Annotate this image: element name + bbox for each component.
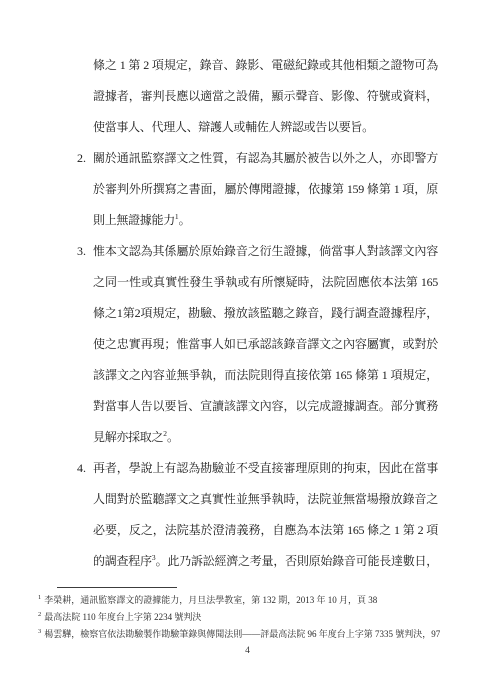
text-line: 使當事人、代理人、辯護人或輔佐人辨認或告以要旨。 (93, 112, 438, 143)
footnote-marker: 1 (38, 594, 41, 601)
text-line: 該譯文之內容並無爭執，而法院則得直接依第 165 條第 1 項規定， (93, 360, 438, 391)
text-line: 則上無證據能力1。 (93, 205, 438, 236)
footnote-text: 最高法院 110 年度台上字第 2234 號判決 (44, 612, 201, 622)
paragraph-text: 條之 1 第 2 項規定，錄音、錄影、電磁紀錄或其他相類之證物可為證據者，審判長… (93, 50, 438, 143)
footnote-marker: 2 (38, 611, 41, 618)
text-line: 再者，學說上有認為勘驗並不受直接審理原則的拘束，因此在當事 (93, 453, 438, 484)
text-line: 人間對於監聽譯文之真實性並無爭執時，法院並無當場撥放錄音之 (93, 484, 438, 515)
paragraph-text: 關於通訊監察譯文之性質，有認為其屬於被告以外之人，亦即警方於審判外所撰寫之書面，… (93, 143, 438, 236)
text-line: 見解亦採取之2。 (93, 422, 438, 453)
paragraph-number (77, 50, 93, 143)
footnote-text: 李榮耕，通訊監察譯文的證據能力，月旦法學教室，第 132 期，2013 年 10… (44, 595, 377, 605)
text-line: 於審判外所撰寫之書面，屬於傳聞證據，依據第 159 條第 1 項，原 (93, 174, 438, 205)
paragraph-number: 3. (77, 236, 93, 453)
paragraph-number: 2. (77, 143, 93, 236)
document-page: 條之 1 第 2 項規定，錄音、錄影、電磁紀錄或其他相類之證物可為證據者，審判長… (0, 0, 495, 700)
text-line: 對當事人告以要旨、宣讀該譯文內容，以完成證據調查。部分實務 (93, 391, 438, 422)
footnote-separator (57, 587, 177, 588)
paragraph: 條之 1 第 2 項規定，錄音、錄影、電磁紀錄或其他相類之證物可為證據者，審判長… (77, 50, 438, 143)
footnote-ref: 3 (152, 553, 156, 562)
text-line: 條之1第2項規定，勘驗、撥放該監聽之錄音，踐行調查證據程序， (93, 298, 438, 329)
footnote: 2最高法院 110 年度台上字第 2234 號判決 (38, 609, 478, 626)
text-line: 關於通訊監察譯文之性質，有認為其屬於被告以外之人，亦即警方 (93, 143, 438, 174)
text-line: 惟本文認為其係屬於原始錄音之衍生證據，倘當事人對該譯文內容 (93, 236, 438, 267)
text-line: 使之忠實再現；惟當事人如已承認該錄音譯文之內容屬實，或對於 (93, 329, 438, 360)
paragraph-text: 惟本文認為其係屬於原始錄音之衍生證據，倘當事人對該譯文內容之同一性或真實性發生爭… (93, 236, 438, 453)
footnote-marker: 3 (38, 628, 41, 635)
paragraph: 2.關於通訊監察譯文之性質，有認為其屬於被告以外之人，亦即警方於審判外所撰寫之書… (77, 143, 438, 236)
text-line: 的調查程序3。此乃訴訟經濟之考量，否則原始錄音可能長達數日， (93, 546, 438, 577)
paragraph: 4.再者，學說上有認為勘驗並不受直接審理原則的拘束，因此在當事人間對於監聽譯文之… (77, 453, 438, 577)
footnote-ref: 2 (163, 429, 167, 438)
text-line: 之同一性或真實性發生爭執或有所懷疑時，法院固應依本法第 165 (93, 267, 438, 298)
text-line: 必要，反之，法院基於澄清義務，自應為本法第 165 條之 1 第 2 項 (93, 515, 438, 546)
footnote-text: 楊雲驊，檢察官依法勘驗製作勘驗筆錄與傳聞法則——評最高法院 96 年度台上字第 … (44, 629, 440, 639)
page-number: 4 (0, 646, 495, 656)
footnote: 3楊雲驊，檢察官依法勘驗製作勘驗筆錄與傳聞法則——評最高法院 96 年度台上字第… (38, 626, 478, 643)
footnote-ref: 1 (175, 212, 179, 221)
paragraph-text: 再者，學說上有認為勘驗並不受直接審理原則的拘束，因此在當事人間對於監聽譯文之真實… (93, 453, 438, 577)
body-text: 條之 1 第 2 項規定，錄音、錄影、電磁紀錄或其他相類之證物可為證據者，審判長… (77, 50, 438, 577)
footnotes-section: 1李榮耕，通訊監察譯文的證據能力，月旦法學教室，第 132 期，2013 年 1… (38, 592, 478, 643)
text-line: 條之 1 第 2 項規定，錄音、錄影、電磁紀錄或其他相類之證物可為 (93, 50, 438, 81)
footnote: 1李榮耕，通訊監察譯文的證據能力，月旦法學教室，第 132 期，2013 年 1… (38, 592, 478, 609)
paragraph-number: 4. (77, 453, 93, 577)
text-line: 證據者，審判長應以適當之設備，顯示聲音、影像、符號或資料， (93, 81, 438, 112)
paragraph: 3.惟本文認為其係屬於原始錄音之衍生證據，倘當事人對該譯文內容之同一性或真實性發… (77, 236, 438, 453)
